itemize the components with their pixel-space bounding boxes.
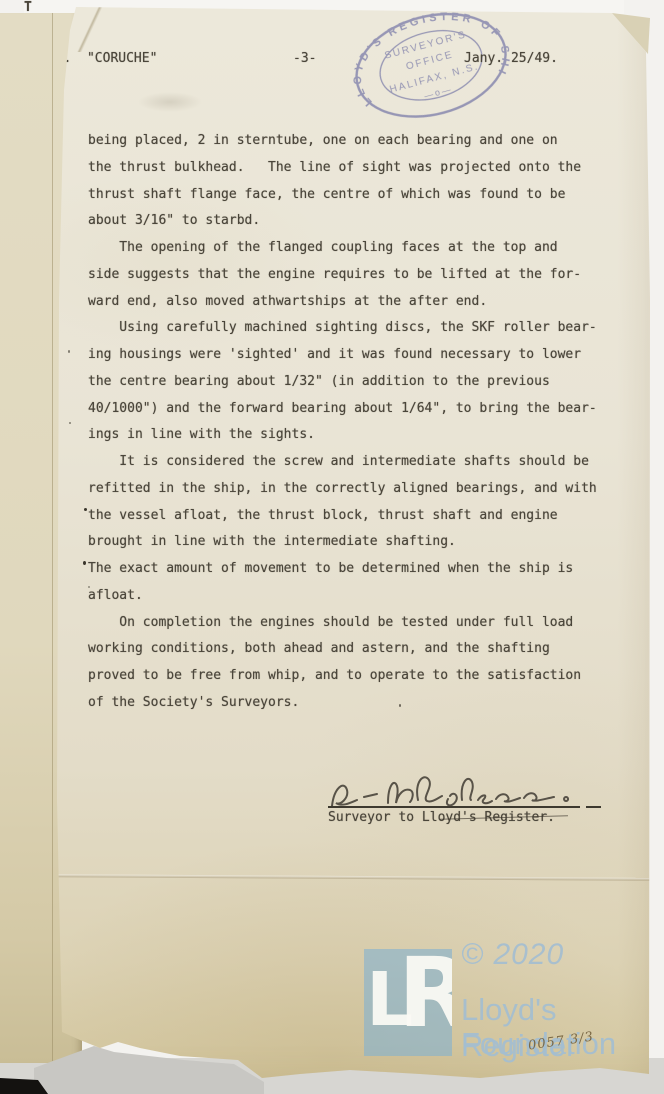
report-date: Jany. 25/49. [464,51,558,66]
typed-line: On completion the engines should be test… [88,610,608,637]
ink-speck [83,561,86,565]
typed-line: afloat. [88,583,608,610]
document-page: LLOYD'S REGISTER OF SHIPPING SURVEYOR'S … [0,0,664,1094]
typed-line: about 3/16" to starbd. [88,208,608,235]
typed-line: refitted in the ship, in the correctly a… [88,476,608,503]
report-body: being placed, 2 in sterntube, one on eac… [88,128,608,717]
signature-underline [328,806,580,808]
lr-logo-letter-r: R [398,949,452,1041]
scanned-document: T LLOYD'S REGISTER OF SHIPPING SURVEYOR'… [0,0,664,1094]
watermark-copyright: © 2020 [461,938,564,972]
typed-line: ings in line with the sights. [88,422,608,449]
lr-logo: L R [364,949,452,1056]
typed-line: of the Society's Surveyors. [88,690,608,717]
typed-line: working conditions, both ahead and aster… [88,636,608,663]
typed-line: thrust shaft flange face, the centre of … [88,182,608,209]
typed-line: It is considered the screw and intermedi… [88,449,608,476]
typed-line: proved to be free from whip, and to oper… [88,663,608,690]
typed-line: Using carefully machined sighting discs,… [88,315,608,342]
ink-speck [84,508,87,511]
ink-speck [399,704,401,707]
typed-line: ing housings were 'sighted' and it was f… [88,342,608,369]
signature-underline-dash [586,806,601,808]
typed-line: being placed, 2 in sterntube, one on eac… [88,128,608,155]
typed-line: the thrust bulkhead. The line of sight w… [88,155,608,182]
typed-line: the centre bearing about 1/32" (in addit… [88,369,608,396]
ink-speck [88,586,90,588]
typed-line: brought in line with the intermediate sh… [88,529,608,556]
typed-line: The exact amount of movement to be deter… [88,556,608,583]
typed-line: The opening of the flanged coupling face… [88,235,608,262]
horizontal-fold-crease [58,874,650,881]
typed-line: ward end, also moved athwartships at the… [88,289,608,316]
pencil-smudge [138,92,202,112]
typed-line: side suggests that the engine requires t… [88,262,608,289]
stamp-line4: —o— [423,84,454,101]
page-number: -3- [293,51,316,66]
ink-speck [69,422,71,424]
stray-typed-char: T [24,0,32,15]
typed-line: 40/1000") and the forward bearing about … [88,396,608,423]
ink-speck [68,350,70,353]
typed-line: the vessel afloat, the thrust block, thr… [88,503,608,530]
page-edge-line [52,13,53,1061]
